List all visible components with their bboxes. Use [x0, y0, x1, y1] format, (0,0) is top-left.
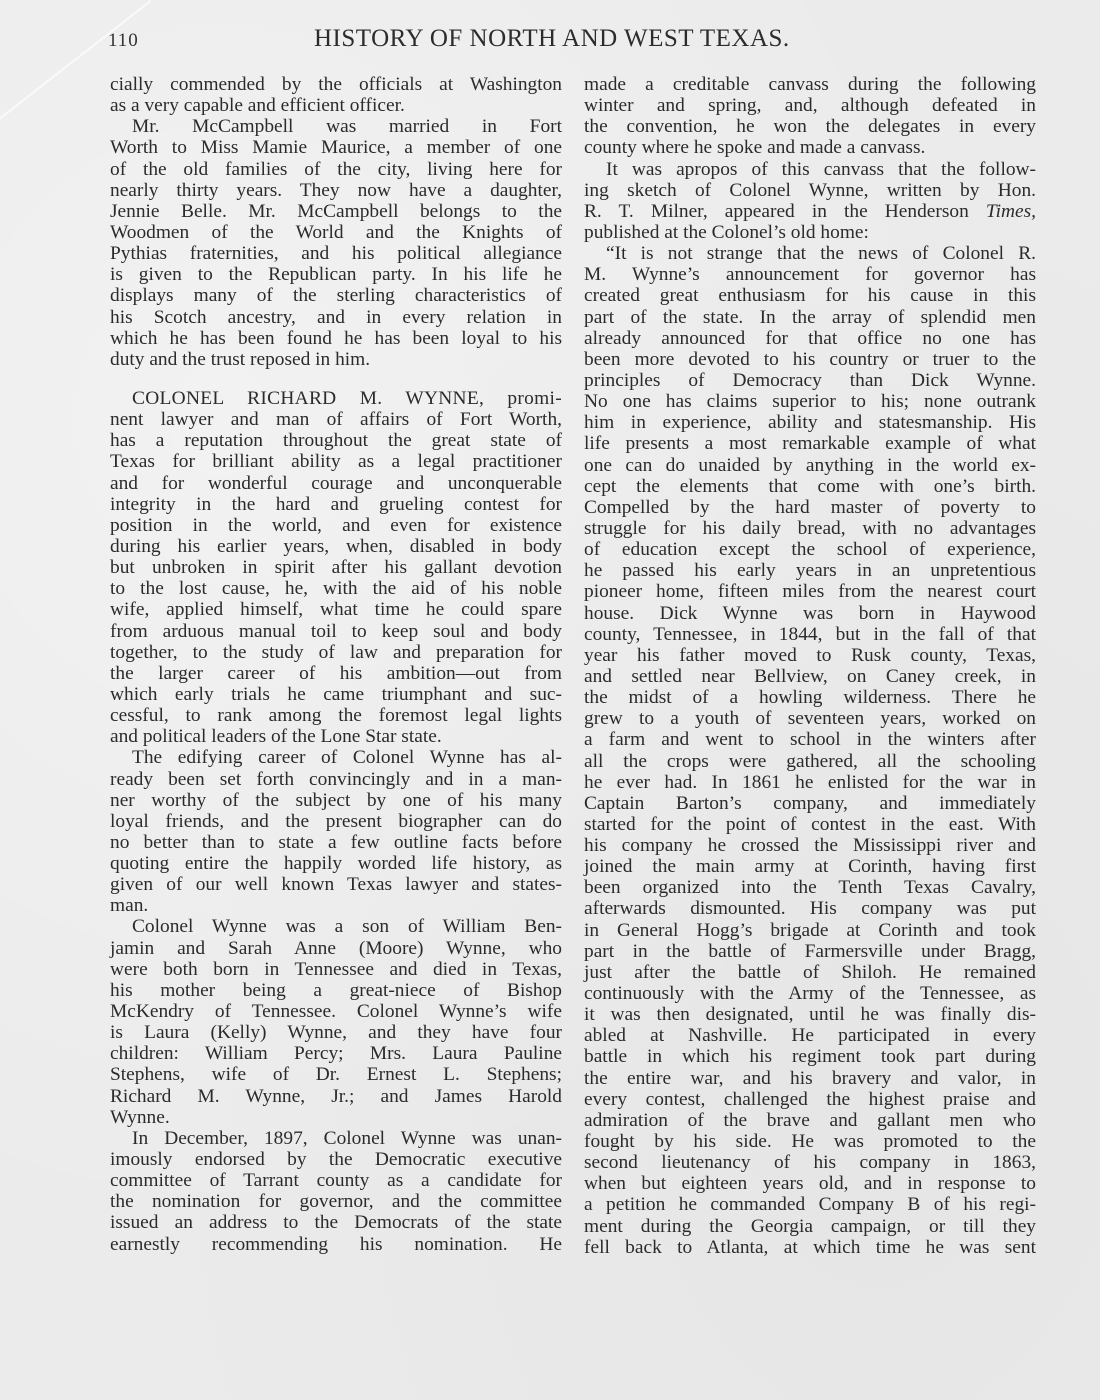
text-line: nent lawyer and man of affairs of Fort W…	[110, 409, 562, 430]
text-line: joined the main army at Corinth, having …	[584, 856, 1036, 877]
text-line: Richard M. Wynne, Jr.; and James Harold	[110, 1086, 562, 1107]
text-line: position in the world, and even for exis…	[110, 515, 562, 536]
text-line: The edifying career of Colonel Wynne has…	[110, 747, 562, 768]
text-fragment: R. T. Milner, appeared in the Henderson	[584, 201, 969, 222]
text-line: started for the point of contest in the …	[584, 814, 1036, 835]
text-line: year his father moved to Rusk county, Te…	[584, 645, 1036, 666]
newspaper-name: Times,	[986, 201, 1036, 222]
text-line: loyal friends, and the present biographe…	[110, 811, 562, 832]
text-line: principles of Democracy than Dick Wynne.	[584, 370, 1036, 391]
text-line: and political leaders of the Lone Star s…	[110, 726, 562, 747]
text-line: and for wonderful courage and unconquera…	[110, 473, 562, 494]
text-line: is given to the Republican party. In his…	[110, 264, 562, 285]
text-line: fell back to Atlanta, at which time he w…	[584, 1237, 1036, 1258]
text-line: committee of Tarrant county as a candida…	[110, 1170, 562, 1191]
text-line: the convention, he won the delegates in …	[584, 116, 1036, 137]
text-line: has a reputation throughout the great st…	[110, 430, 562, 451]
text-line: Worth to Miss Mamie Maurice, a member of…	[110, 137, 562, 158]
text-line: part in the battle of Farmersville under…	[584, 941, 1036, 962]
text-line: man.	[110, 895, 562, 916]
text-line: grew to a youth of seventeen years, work…	[584, 708, 1036, 729]
text-line: together, to the study of law and prepar…	[110, 642, 562, 663]
text-line: given of our well known Texas lawyer and…	[110, 874, 562, 895]
text-line: cially commended by the officials at Was…	[110, 74, 562, 95]
text-line-with-italic: R. T. Milner, appeared in the Henderson …	[584, 201, 1036, 222]
text-line: Texas for brilliant ability as a legal p…	[110, 451, 562, 472]
text-line: already announced for that office no one…	[584, 328, 1036, 349]
text-line: Wynne.	[110, 1107, 562, 1128]
text-line: from arduous manual toil to keep soul an…	[110, 621, 562, 642]
text-line: the nomination for governor, and the com…	[110, 1191, 562, 1212]
text-line: him in experience, ability and statesman…	[584, 412, 1036, 433]
text-line: been more devoted to his country or true…	[584, 349, 1036, 370]
text-line: abled at Nashville. He participated in e…	[584, 1025, 1036, 1046]
text-line: as a very capable and efficient officer.	[110, 95, 562, 116]
book-page: 110 HISTORY OF NORTH AND WEST TEXAS. cia…	[0, 0, 1100, 1400]
text-line: McKendry of Tennessee. Colonel Wynne’s w…	[110, 1001, 562, 1022]
text-line: he ever had. In 1861 he enlisted for the…	[584, 772, 1036, 793]
text-line: which early trials he came triumphant an…	[110, 684, 562, 705]
right-column: made a creditable canvass during the fol…	[584, 74, 1036, 1258]
text-line: in General Hogg’s brigade at Corinth and…	[584, 920, 1036, 941]
text-line: earnestly recommending his nomination. H…	[110, 1234, 562, 1255]
text-line: battle in which his regiment took part d…	[584, 1046, 1036, 1067]
text-line: to the lost cause, he, with the aid of h…	[110, 578, 562, 599]
text-line: admiration of the brave and gallant men …	[584, 1110, 1036, 1131]
text-line: were both born in Tennessee and died in …	[110, 959, 562, 980]
text-line: cept the elements that come with one’s b…	[584, 476, 1036, 497]
text-line: county, Tennessee, in 1844, but in the f…	[584, 624, 1036, 645]
text-line: children: William Percy; Mrs. Laura Paul…	[110, 1043, 562, 1064]
text-line: No one has claims superior to his; none …	[584, 391, 1036, 412]
page-header: 110 HISTORY OF NORTH AND WEST TEXAS.	[0, 25, 1100, 55]
text-line: just after the battle of Shiloh. He rema…	[584, 962, 1036, 983]
text-line: no better than to state a few outline fa…	[110, 832, 562, 853]
text-line: duty and the trust reposed in him.	[110, 349, 562, 370]
text-line: of the old families of the city, living …	[110, 159, 562, 180]
text-line: it was then designated, until he was fin…	[584, 1004, 1036, 1025]
text-line: displays many of the sterling characteri…	[110, 285, 562, 306]
text-line: ing sketch of Colonel Wynne, written by …	[584, 180, 1036, 201]
text-line: every contest, challenged the highest pr…	[584, 1089, 1036, 1110]
text-line: “It is not strange that the news of Colo…	[584, 243, 1036, 264]
text-line: Jennie Belle. Mr. McCampbell belongs to …	[110, 201, 562, 222]
text-line: wife, applied himself, what time he coul…	[110, 599, 562, 620]
text-line: Compelled by the hard master of poverty …	[584, 497, 1036, 518]
section-heading-line: COLONEL RICHARD M. WYNNE, promi-	[110, 388, 562, 409]
text-line: Colonel Wynne was a son of William Ben-	[110, 916, 562, 937]
text-line: county where he spoke and made a canvass…	[584, 137, 1036, 158]
text-line: the entire war, and his bravery and valo…	[584, 1068, 1036, 1089]
running-title: HISTORY OF NORTH AND WEST TEXAS.	[314, 25, 790, 53]
text-line: afterwards dismounted. His company was p…	[584, 898, 1036, 919]
text-line: winter and spring, and, although defeate…	[584, 95, 1036, 116]
text-line: issued an address to the Democrats of th…	[110, 1212, 562, 1233]
text-line: Stephens, wife of Dr. Ernest L. Stephens…	[110, 1064, 562, 1085]
text-line: his company he crossed the Mississippi r…	[584, 835, 1036, 856]
text-line: second lieutenancy of his company in 186…	[584, 1152, 1036, 1173]
text-line: he passed his early years in an unpreten…	[584, 560, 1036, 581]
text-line: M. Wynne’s announcement for governor has	[584, 264, 1036, 285]
text-line: nearly thirty years. They now have a dau…	[110, 180, 562, 201]
text-line: It was apropos of this canvass that the …	[584, 159, 1036, 180]
text-line: is Laura (Kelly) Wynne, and they have fo…	[110, 1022, 562, 1043]
text-line: In December, 1897, Colonel Wynne was una…	[110, 1128, 562, 1149]
text-line: the midst of a howling wilderness. There…	[584, 687, 1036, 708]
text-line: but unbroken in spirit after his gallant…	[110, 557, 562, 578]
left-column: cially commended by the officials at Was…	[110, 74, 562, 1255]
text-line: been organized into the Tenth Texas Cava…	[584, 877, 1036, 898]
text-line: all the crops were gathered, all the sch…	[584, 751, 1036, 772]
text-line: Mr. McCampbell was married in Fort	[110, 116, 562, 137]
text-line: Woodmen of the World and the Knights of	[110, 222, 562, 243]
text-line: pioneer home, fifteen miles from the nea…	[584, 581, 1036, 602]
text-line: quoting entire the happily worded life h…	[110, 853, 562, 874]
text-line: continuously with the Army of the Tennes…	[584, 983, 1036, 1004]
text-line: Captain Barton’s company, and immediatel…	[584, 793, 1036, 814]
text-line: the larger career of his ambition—out fr…	[110, 663, 562, 684]
text-line: when but eighteen years old, and in resp…	[584, 1173, 1036, 1194]
text-line: house. Dick Wynne was born in Haywood	[584, 603, 1036, 624]
text-line: published at the Colonel’s old home:	[584, 222, 1036, 243]
text-line: made a creditable canvass during the fol…	[584, 74, 1036, 95]
text-line: of education except the school of experi…	[584, 539, 1036, 560]
text-line: his Scotch ancestry, and in every relati…	[110, 307, 562, 328]
text-line: jamin and Sarah Anne (Moore) Wynne, who	[110, 938, 562, 959]
text-line: ment during the Georgia campaign, or til…	[584, 1216, 1036, 1237]
text-line: fought by his side. He was promoted to t…	[584, 1131, 1036, 1152]
text-line: life presents a most remarkable example …	[584, 433, 1036, 454]
text-line: during his earlier years, when, disabled…	[110, 536, 562, 557]
text-line: ner worthy of the subject by one of his …	[110, 790, 562, 811]
text-line: his mother being a great-niece of Bishop	[110, 980, 562, 1001]
text-line: a petition he commanded Company B of his…	[584, 1194, 1036, 1215]
text-line: part of the state. In the array of splen…	[584, 307, 1036, 328]
text-line: which he has been found he has been loya…	[110, 328, 562, 349]
text-line: imously endorsed by the Democratic execu…	[110, 1149, 562, 1170]
text-line: one can do unaided by anything in the wo…	[584, 455, 1036, 476]
text-line: and settled near Bellview, on Caney cree…	[584, 666, 1036, 687]
text-line: Pythias fraternities, and his political …	[110, 243, 562, 264]
text-line: cessful, to rank among the foremost lega…	[110, 705, 562, 726]
text-line: created great enthusiasm for his cause i…	[584, 285, 1036, 306]
text-line: a farm and went to school in the winters…	[584, 729, 1036, 750]
page-number: 110	[108, 30, 139, 52]
text-line: ready been set forth convincingly and in…	[110, 769, 562, 790]
text-line: struggle for his daily bread, with no ad…	[584, 518, 1036, 539]
text-line: integrity in the hard and grueling conte…	[110, 494, 562, 515]
